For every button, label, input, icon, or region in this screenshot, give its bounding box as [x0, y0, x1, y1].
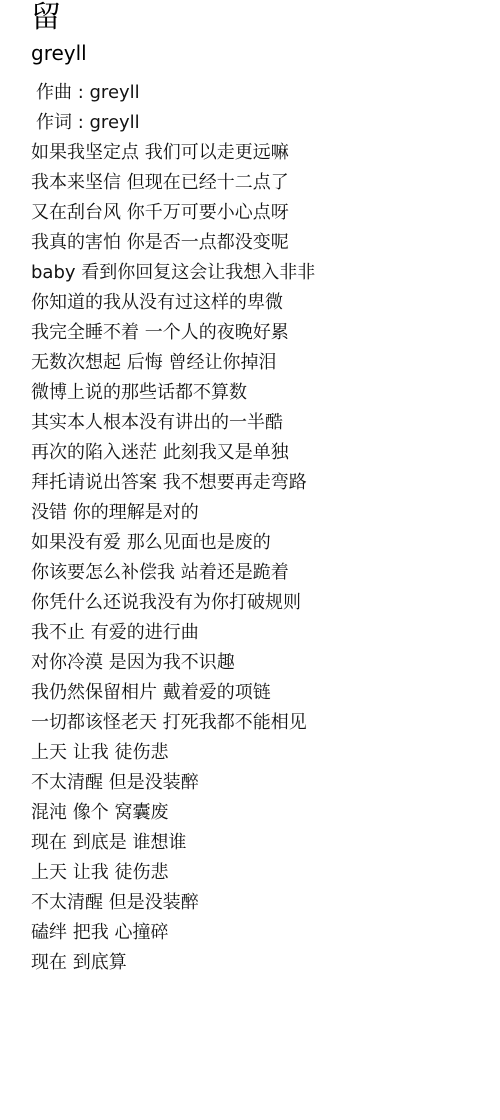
lyric-line: 没错 你的理解是对的	[31, 498, 500, 528]
lyric-line: 我仍然保留相片 戴着爱的项链	[31, 678, 500, 708]
lyric-line: 我真的害怕 你是否一点都没变呢	[31, 228, 500, 258]
lyric-line: 其实本人根本没有讲出的一半酷	[31, 408, 500, 438]
lyric-line: 我完全睡不着 一个人的夜晚好累	[31, 318, 500, 348]
lyric-line: 不太清醒 但是没装醉	[31, 768, 500, 798]
composer-credit: 作曲 : greyll	[31, 78, 500, 108]
artist-name: greyll	[31, 38, 500, 70]
lyric-line: 如果我坚定点 我们可以走更远嘛	[31, 138, 500, 168]
lyric-line: baby 看到你回复这会让我想入非非	[31, 258, 500, 288]
lyric-line: 又在刮台风 你千万可要小心点呀	[31, 198, 500, 228]
lyric-line: 一切都该怪老天 打死我都不能相见	[31, 708, 500, 738]
lyricist-credit: 作词 : greyll	[31, 108, 500, 138]
lyrics-list: 如果我坚定点 我们可以走更远嘛 我本来坚信 但现在已经十二点了 又在刮台风 你千…	[31, 138, 500, 978]
lyric-line: 磕绊 把我 心撞碎	[31, 918, 500, 948]
lyric-line: 对你冷漠 是因为我不识趣	[31, 648, 500, 678]
credits: 作曲 : greyll 作词 : greyll	[31, 78, 500, 138]
lyric-line: 再次的陷入迷茫 此刻我又是单独	[31, 438, 500, 468]
lyric-line: 我本来坚信 但现在已经十二点了	[31, 168, 500, 198]
lyrics-page: 留 greyll 作曲 : greyll 作词 : greyll 如果我坚定点 …	[31, 0, 500, 978]
lyric-line: 不太清醒 但是没装醉	[31, 888, 500, 918]
lyric-line: 你凭什么还说我没有为你打破规则	[31, 588, 500, 618]
lyric-line: 上天 让我 徒伤悲	[31, 738, 500, 768]
lyric-line: 混沌 像个 窝囊废	[31, 798, 500, 828]
lyric-line: 现在 到底是 谁想谁	[31, 828, 500, 858]
lyric-line: 拜托请说出答案 我不想要再走弯路	[31, 468, 500, 498]
lyric-line: 无数次想起 后悔 曾经让你掉泪	[31, 348, 500, 378]
lyric-line: 你知道的我从没有过这样的卑微	[31, 288, 500, 318]
lyric-line: 微博上说的那些话都不算数	[31, 378, 500, 408]
lyric-line: 我不止 有爱的进行曲	[31, 618, 500, 648]
lyric-line: 你该要怎么补偿我 站着还是跪着	[31, 558, 500, 588]
lyric-line: 现在 到底算	[31, 948, 500, 978]
song-title: 留	[31, 0, 500, 36]
lyric-line: 如果没有爱 那么见面也是废的	[31, 528, 500, 558]
lyric-line: 上天 让我 徒伤悲	[31, 858, 500, 888]
